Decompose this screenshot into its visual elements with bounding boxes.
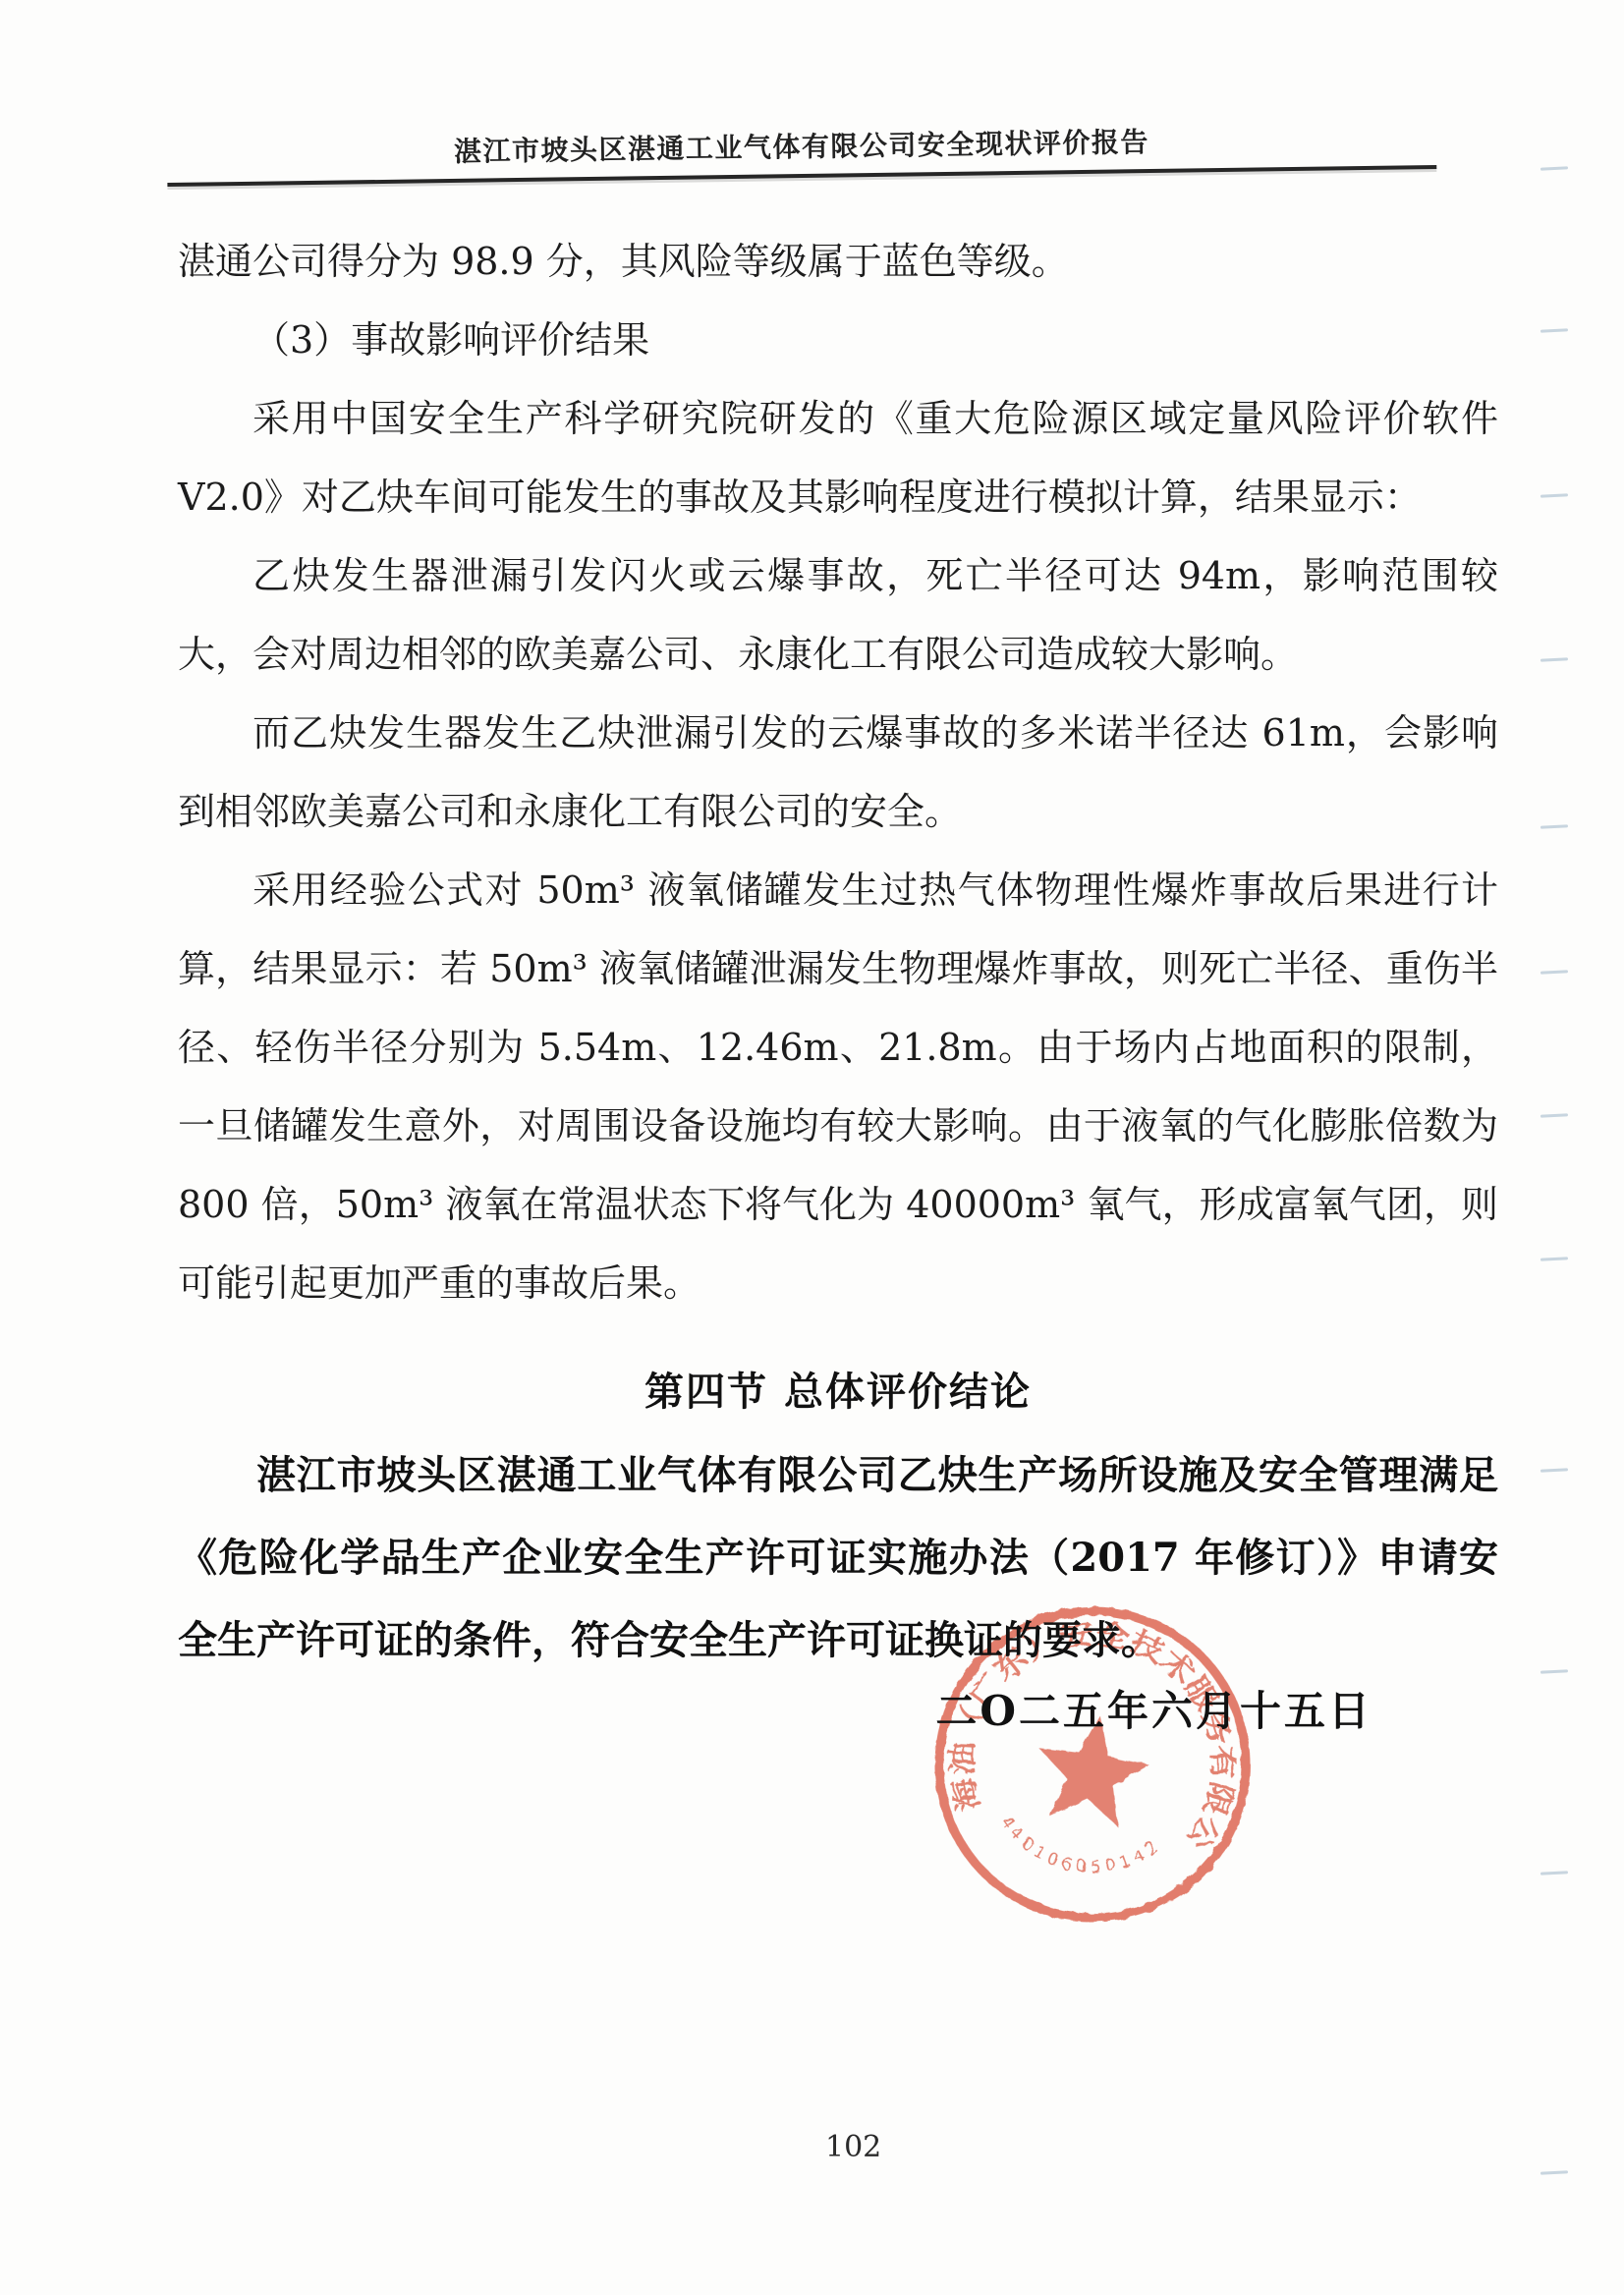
page-number: 102	[825, 2130, 881, 2164]
binding-mark	[1540, 1468, 1568, 1472]
binding-mark	[1540, 657, 1568, 661]
body-paragraph-score: 湛通公司得分为 98.9 分，其风险等级属于蓝色等级。	[178, 222, 1498, 301]
binding-mark	[1540, 493, 1568, 497]
signature-date: 二O二五年六月十五日	[178, 1682, 1498, 1741]
body-paragraph-software: 采用中国安全生产科学研究院研发的《重大危险源区域定量风险评价软件 V2.0》对乙…	[178, 379, 1498, 536]
svg-text:440106050142: 440106050142	[990, 1811, 1168, 1890]
binding-mark	[1540, 1257, 1568, 1260]
binding-mark	[1540, 1669, 1568, 1673]
document-body: 湛通公司得分为 98.9 分，其风险等级属于蓝色等级。 （3）事故影响评价结果 …	[178, 222, 1498, 1741]
body-paragraph-domino: 而乙炔发生器发生乙炔泄漏引发的云爆事故的多米诺半径达 61m，会影响到相邻欧美嘉…	[178, 694, 1498, 851]
binding-mark	[1540, 1871, 1568, 1875]
body-paragraph-subheading: （3）事故影响评价结果	[178, 301, 1498, 379]
seal-serial-number: 440106050142	[990, 1811, 1168, 1890]
body-paragraph-oxygen-tank: 采用经验公式对 50m³ 液氧储罐发生过热气体物理性爆炸事故后果进行计算，结果显…	[178, 851, 1498, 1322]
running-title: 湛江市坡头区湛通工业气体有限公司安全现状评价报告	[454, 121, 1150, 170]
binding-mark	[1540, 328, 1568, 332]
binding-mark	[1540, 2170, 1568, 2174]
page-header: 湛江市坡头区湛通工业气体有限公司安全现状评价报告	[167, 117, 1437, 187]
binding-mark	[1540, 1113, 1568, 1117]
document-page: 湛江市坡头区湛通工业气体有限公司安全现状评价报告 中海油（广东）安全技术服务有限…	[0, 0, 1624, 2295]
section-heading: 第四节 总体评价结论	[178, 1350, 1498, 1434]
conclusion-paragraph: 湛江市坡头区湛通工业气体有限公司乙炔生产场所设施及安全管理满足《危险化学品生产企…	[178, 1434, 1498, 1682]
header-rule-line	[167, 165, 1436, 187]
body-paragraph-flashfire: 乙炔发生器泄漏引发闪火或云爆事故，死亡半径可达 94m，影响范围较大，会对周边相…	[178, 536, 1498, 694]
binding-mark	[1540, 970, 1568, 974]
binding-mark	[1540, 166, 1568, 170]
binding-mark	[1540, 824, 1568, 828]
